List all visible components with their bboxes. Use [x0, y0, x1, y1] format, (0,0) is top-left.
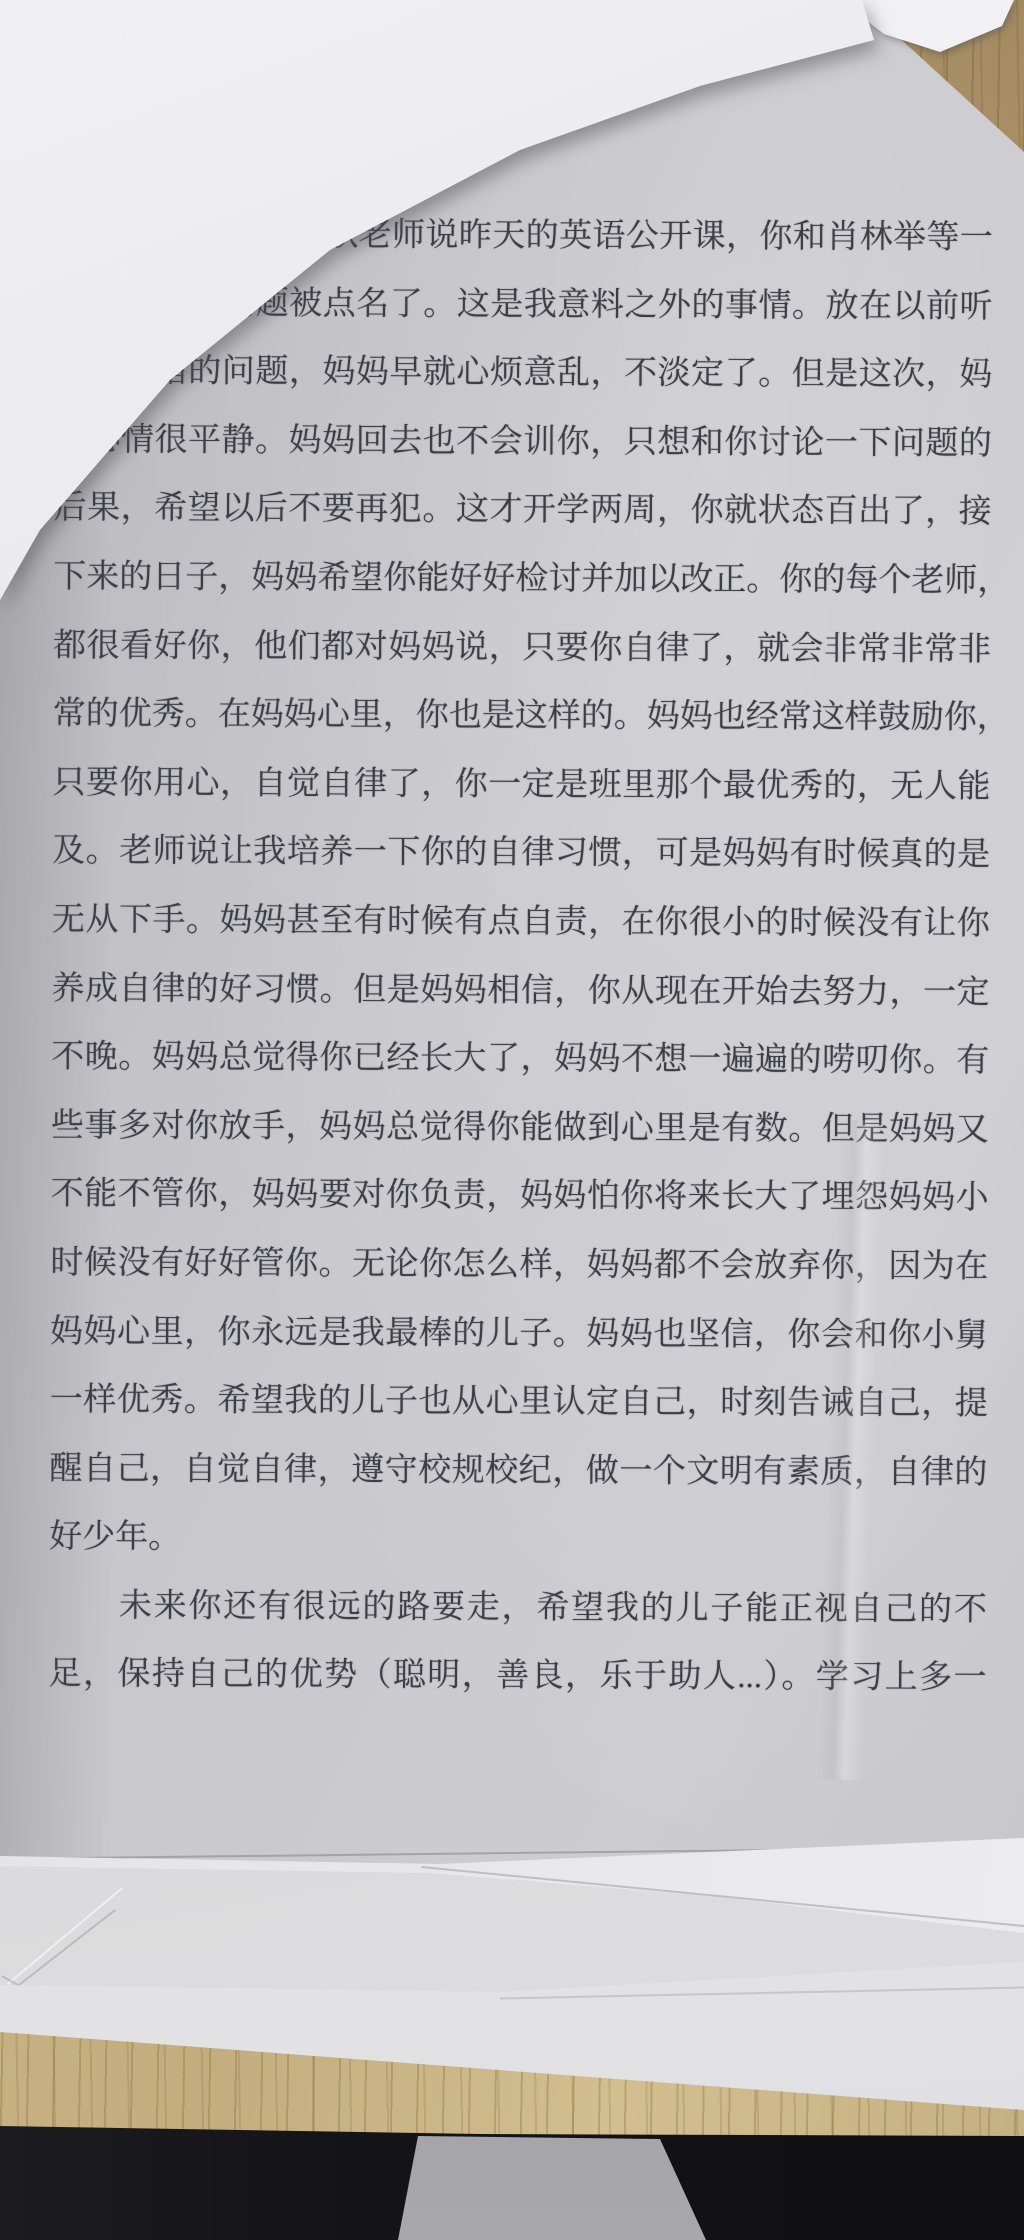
- photo-of-letter: 另一件事情，耿老师说昨天的英语公开课，你和肖林举等一起因为纪律问题被点名了。这是…: [0, 0, 1024, 2240]
